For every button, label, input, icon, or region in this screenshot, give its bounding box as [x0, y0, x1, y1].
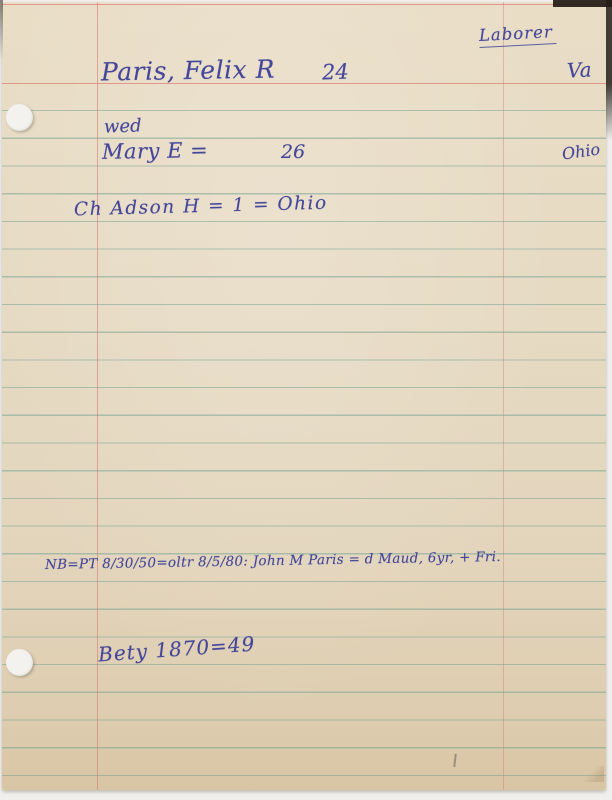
paper-sheet: Laborer Paris, Felix R 24 Va wed Mary E … [2, 2, 606, 790]
corner-wear [582, 766, 604, 782]
header-rule-top [2, 4, 606, 5]
age-entry: 24 [322, 62, 349, 84]
hole-punch-top [6, 104, 33, 131]
scan-edge-top-right [553, 0, 612, 7]
scan-edge-right [606, 0, 612, 140]
spouse-name-entry: Mary E = [102, 140, 209, 163]
occupation-entry: Laborer [479, 24, 557, 47]
header-rule-main [2, 83, 606, 84]
hole-punch-bottom [6, 649, 33, 676]
name-entry: Paris, Felix R [101, 56, 275, 84]
birthplace-entry: Va [566, 59, 592, 80]
marital-status-entry: wed [104, 117, 142, 136]
spouse-age-entry: 26 [281, 143, 305, 162]
margin-line-left [97, 2, 98, 790]
margin-line-right [503, 2, 504, 790]
scan-edge-left [0, 0, 3, 60]
